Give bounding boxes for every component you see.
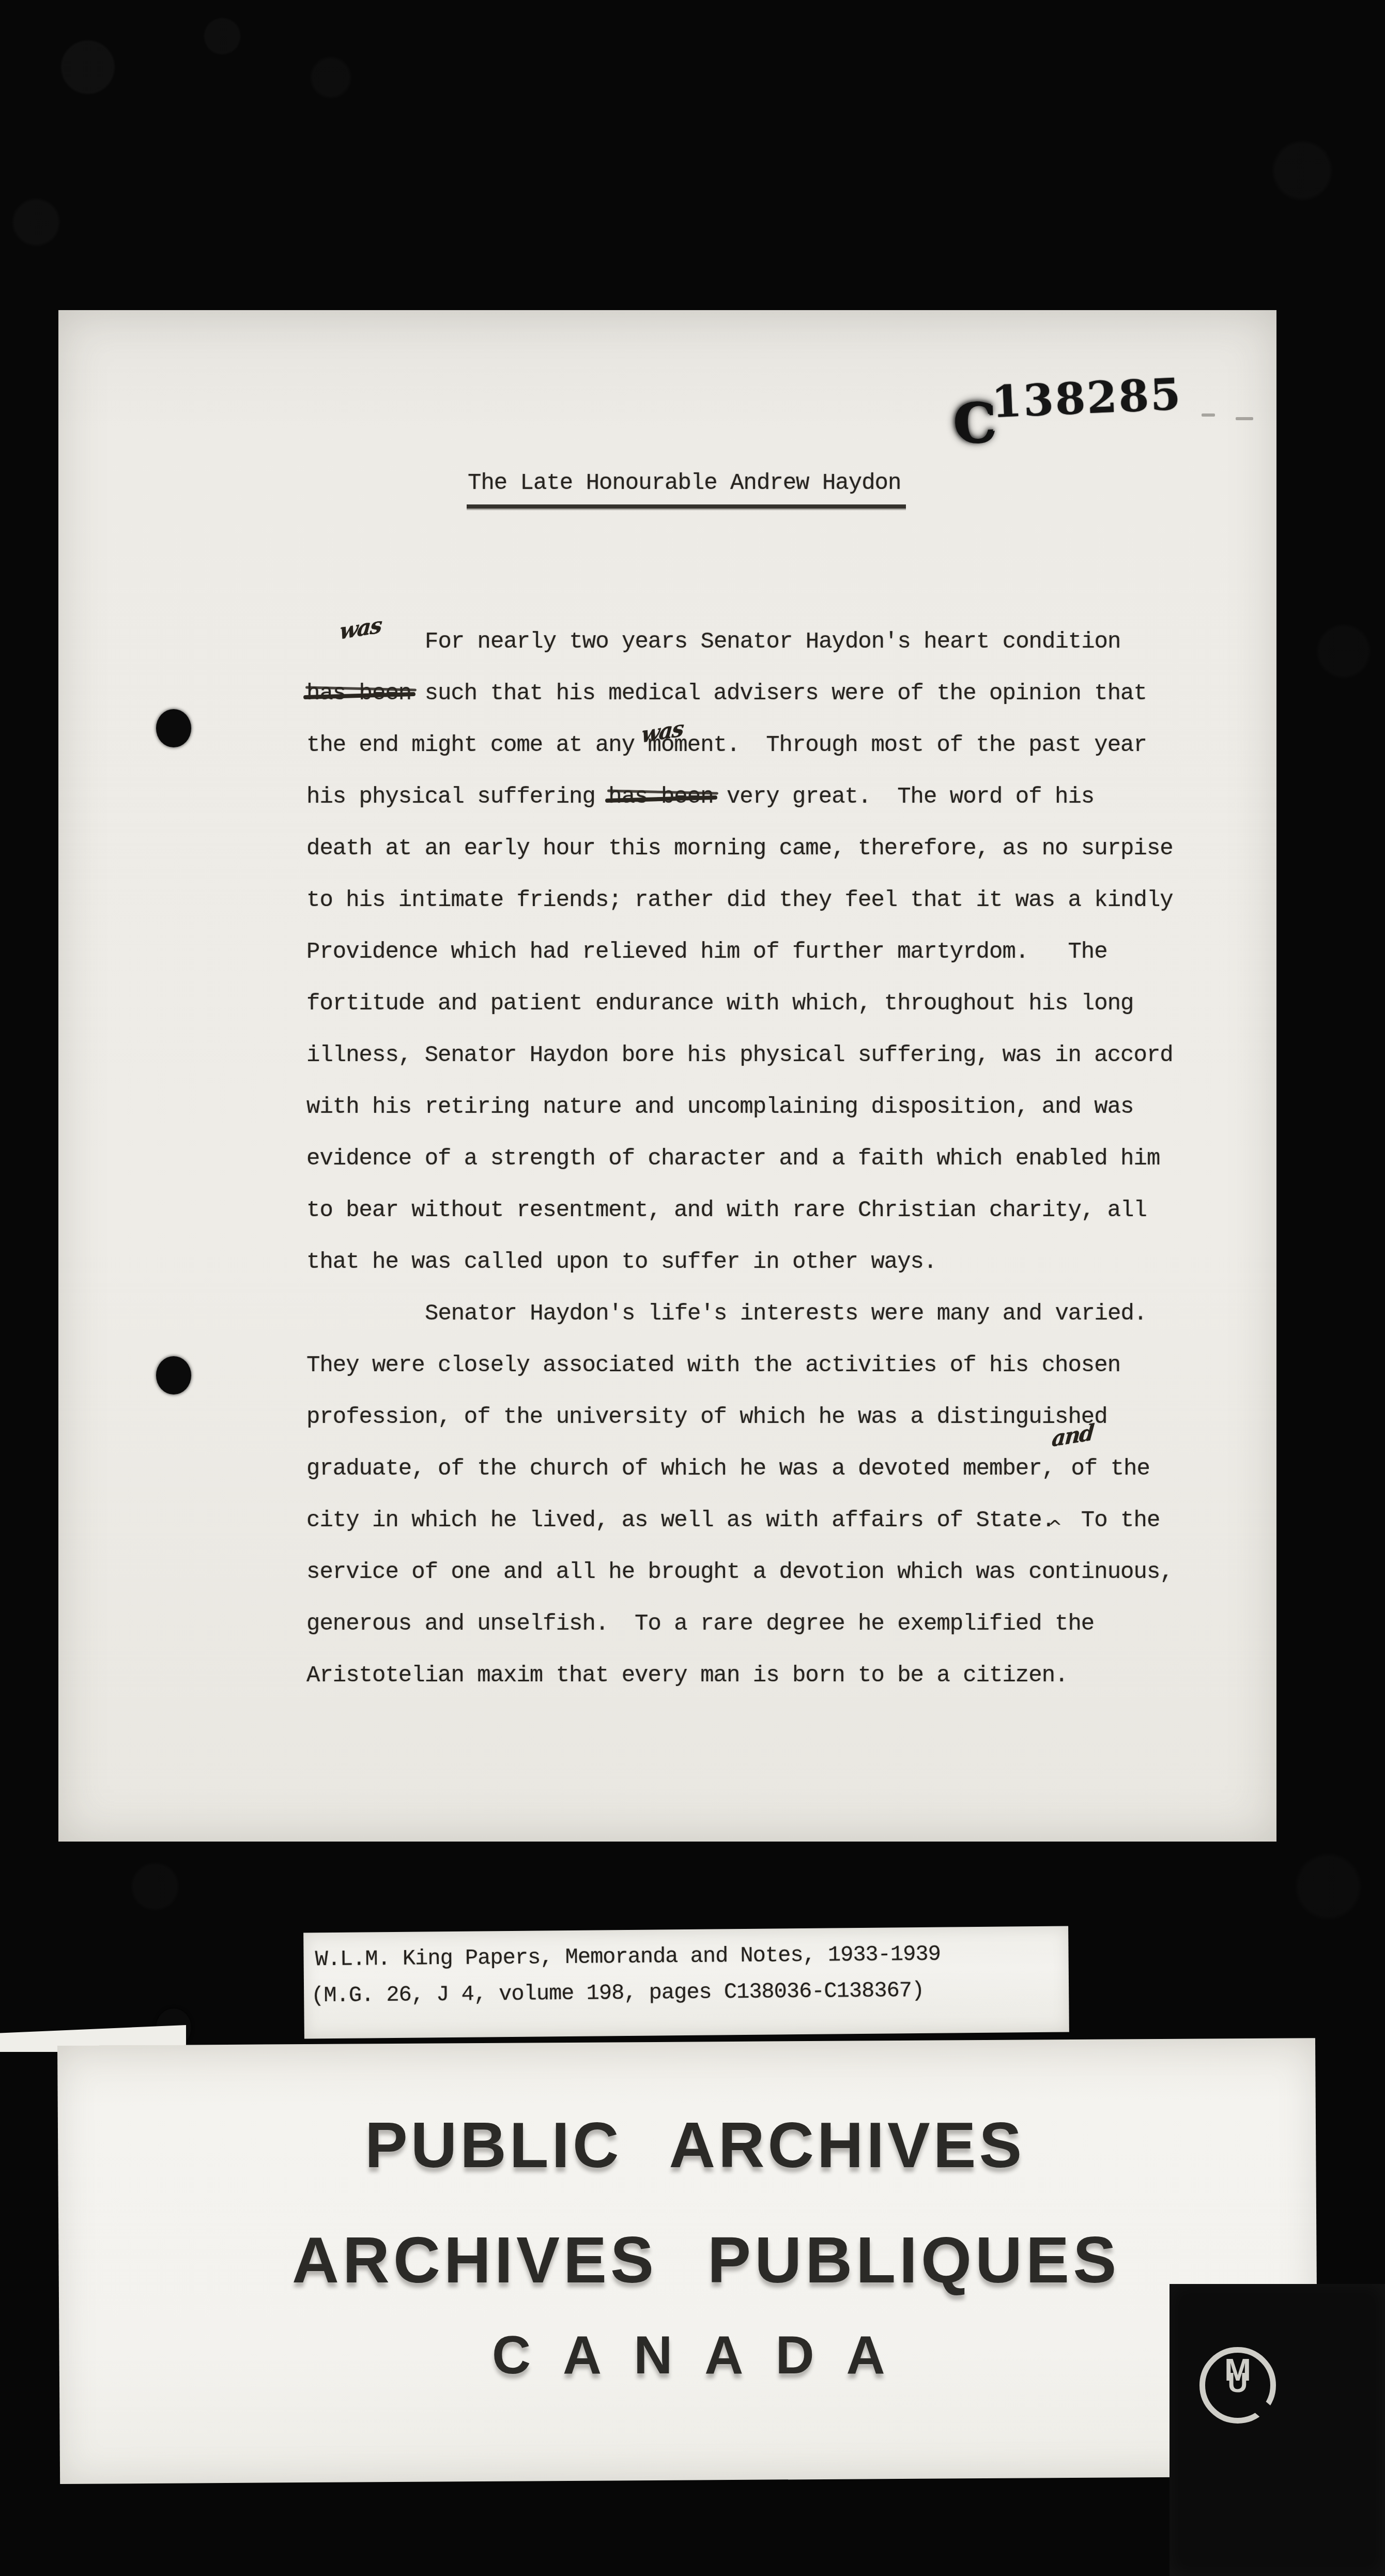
handwritten-insertion: and (1051, 1421, 1095, 1450)
punch-hole (156, 709, 191, 747)
body-line: that he was called upon to suffer in oth… (306, 1238, 1195, 1290)
stamp-number: 138285 (991, 372, 1183, 424)
caret-mark: ^ (1048, 1504, 1062, 1551)
body-line-edited: washas been such that his medical advise… (306, 670, 1195, 722)
strikethrough-edit: washas been (306, 681, 411, 707)
struck-text: has been (608, 773, 713, 821)
line-text: of the (1058, 1456, 1150, 1482)
strikethrough-edit: washas been (608, 784, 713, 810)
microfilm-frame: C 138285 The Late Honourable Andrew Hayd… (0, 0, 1385, 2576)
body-line: with his retiring nature and uncomplaini… (306, 1083, 1195, 1135)
body-line: to bear without resentment, and with rar… (306, 1187, 1195, 1238)
page-number-stamp: C 138285 (951, 372, 1184, 450)
body-line: death at an early hour this morning came… (306, 825, 1195, 877)
label-line: (M.G. 26, J 4, volume 198, pages C138036… (311, 1978, 924, 2008)
sign-title-french: ARCHIVES PUBLIQUES (292, 2222, 1120, 2297)
handwritten-correction: was (641, 717, 684, 746)
document-title: The Late Honourable Andrew Haydon (467, 470, 906, 509)
body-line: to his intimate friends; rather did they… (306, 877, 1195, 928)
struck-text: has been (306, 670, 411, 717)
body-line: city in which he lived, as well as with … (306, 1497, 1195, 1548)
document-body: For nearly two years Senator Haydon's he… (306, 618, 1195, 1704)
body-line: service of one and all he brought a devo… (306, 1548, 1195, 1600)
body-line: fortitude and patient endurance with whi… (306, 980, 1195, 1032)
body-line: evidence of a strength of character and … (306, 1135, 1195, 1187)
punch-hole (156, 1356, 191, 1394)
stamp-ink-blob: C (952, 395, 997, 451)
line-text: very great. The word of his (714, 784, 1095, 810)
line-text: his physical suffering (306, 784, 608, 810)
body-line: generous and unselfish. To a rare degree… (306, 1600, 1195, 1652)
body-line: Providence which had relieved him of fur… (306, 928, 1195, 980)
body-line: They were closely associated with the ac… (306, 1342, 1195, 1393)
handwritten-correction: was (339, 614, 382, 643)
body-line: For nearly two years Senator Haydon's he… (306, 618, 1195, 670)
label-line: W.L.M. King Papers, Memoranda and Notes,… (315, 1942, 941, 1972)
body-line-edited: his physical suffering washas been very … (306, 773, 1195, 825)
microfilm-logo-panel: M U (1169, 2284, 1385, 2576)
line-text: graduate, of the church of which he was … (306, 1456, 1055, 1482)
line-text: such that his medical advisers were of t… (411, 681, 1147, 707)
sign-country: CANADA (492, 2325, 917, 2386)
monogram-letter-u: U (1205, 2372, 1270, 2393)
body-line: Senator Haydon's life's interests were m… (306, 1290, 1195, 1342)
body-line: Aristotelian maxim that every man is bor… (306, 1652, 1195, 1704)
archive-label-card: W.L.M. King Papers, Memoranda and Notes,… (303, 1926, 1069, 2039)
body-line-edited: graduate, of the church of which he was … (306, 1445, 1195, 1497)
body-line: the end might come at any moment. Throug… (306, 722, 1195, 773)
body-line: illness, Senator Haydon bore his physica… (306, 1032, 1195, 1083)
sign-title-english: PUBLIC ARCHIVES (365, 2109, 1025, 2182)
